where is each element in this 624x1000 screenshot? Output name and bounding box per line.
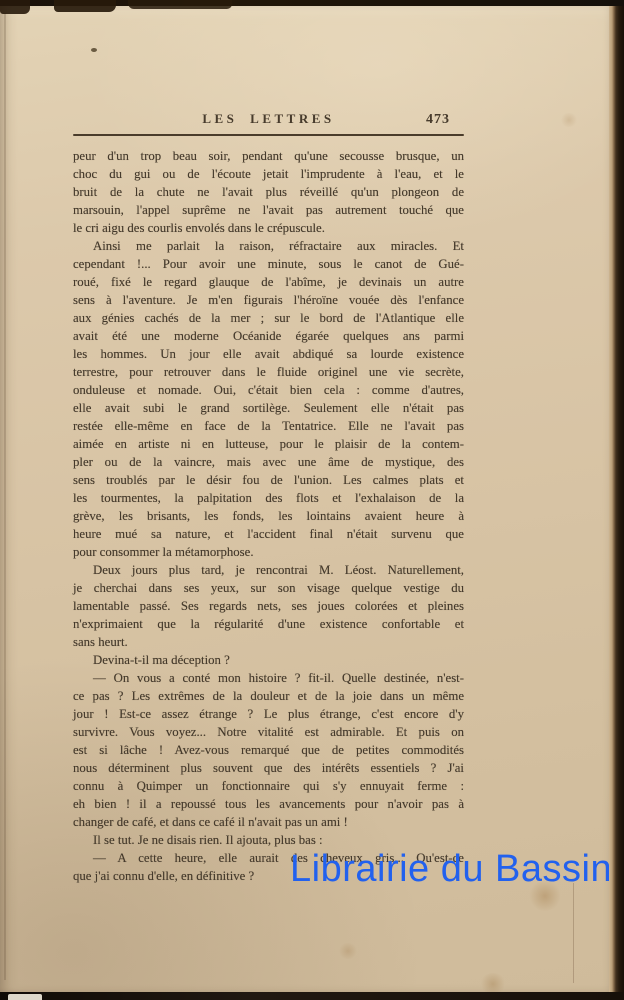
text-column: peur d'un trop beau soir, pendant qu'une… — [73, 147, 464, 885]
text-line: onduleuse et nomade. Oui, c'était bien c… — [73, 381, 464, 399]
page-number: 473 — [426, 112, 450, 128]
text-line: Ainsi me parlait la raison, réfractaire … — [73, 237, 464, 255]
text-line: nous déterminent plus souvent que des in… — [73, 759, 464, 777]
page-crease — [573, 883, 574, 983]
running-head: LES LETTRES 473 — [73, 111, 464, 129]
text-line: roué, fixé le regard glauque de l'abîme,… — [73, 273, 464, 291]
text-line: est si lâche ! Avez-vous remarqué que de… — [73, 741, 464, 759]
text-line: heure mué sa nature, et l'accident final… — [73, 525, 464, 543]
text-line: le cri aigu des courlis envolés dans le … — [73, 219, 464, 237]
text-line: aux génies cachés de la mer ; sur le bor… — [73, 309, 464, 327]
text-line: elle avait subi le grand sortilège. Seul… — [73, 399, 464, 417]
page-curve-shadow — [4, 13, 6, 980]
text-line: changer de café, et dans ce café il n'av… — [73, 813, 464, 831]
text-line: — On vous a conté mon histoire ? fit-il.… — [73, 669, 464, 687]
text-line: cependant !... Pour avoir une minute, so… — [73, 255, 464, 273]
text-line: ce pas ? Les extrêmes de la douleur et d… — [73, 687, 464, 705]
page-stack-edge — [609, 0, 624, 1000]
book-page: LES LETTRES 473 peur d'un trop beau soir… — [0, 5, 611, 992]
foxing-stain — [560, 113, 578, 127]
paragraph: — On vous a conté mon histoire ? fit-il.… — [73, 669, 464, 831]
photo-frame: LES LETTRES 473 peur d'un trop beau soir… — [0, 0, 624, 1000]
paragraph: Il se tut. Je ne disais rien. Il ajouta,… — [73, 831, 464, 849]
header-title: LES LETTRES — [73, 111, 464, 127]
text-line: Il se tut. Je ne disais rien. Il ajouta,… — [73, 831, 464, 849]
text-line: survivre. Vous voyez... Notre vitalité e… — [73, 723, 464, 741]
binding-fragment — [0, 0, 30, 14]
text-line: sens à l'aventure. Je m'en figurais l'hé… — [73, 291, 464, 309]
binding-fragment — [128, 0, 232, 9]
text-line: avait été une moderne Océanide égarée qu… — [73, 327, 464, 345]
text-line: eh bien ! il a repoussé tous les avancem… — [73, 795, 464, 813]
page-content: LES LETTRES 473 peur d'un trop beau soir… — [73, 111, 464, 885]
text-line: sans heurt. — [73, 633, 464, 651]
text-line: je cherchai dans ses yeux, sur son visag… — [73, 579, 464, 597]
text-line: pour consommer la métamorphose. — [73, 543, 464, 561]
binding-fragment — [54, 0, 116, 12]
paragraph: Ainsi me parlait la raison, réfractaire … — [73, 237, 464, 561]
paragraph: Deux jours plus tard, je rencontrai M. L… — [73, 561, 464, 651]
text-line: grève, les brisants, les fonds, les loin… — [73, 507, 464, 525]
text-line: n'exprimaient que la régularité d'une ex… — [73, 615, 464, 633]
text-line: choc du gui ou de l'écoute jetait l'impr… — [73, 165, 464, 183]
text-line: connu à Quimper un fonctionnaire qui s'y… — [73, 777, 464, 795]
paragraph: peur d'un trop beau soir, pendant qu'une… — [73, 147, 464, 237]
text-line: bruit de la chute ne l'avait plus réveil… — [73, 183, 464, 201]
text-line: Deux jours plus tard, je rencontrai M. L… — [73, 561, 464, 579]
paragraph: Devina-t-il ma déception ? — [73, 651, 464, 669]
text-line: aimée en artiste ni en lutteuse, pour le… — [73, 435, 464, 453]
photo-edge-bottom — [0, 992, 624, 1000]
text-line: les hommes. Un jour elle avait abdiqué s… — [73, 345, 464, 363]
text-line: restée elle-même en face de la Tentatric… — [73, 417, 464, 435]
text-line: lamentable passé. Ses regards nets, ses … — [73, 597, 464, 615]
text-line: peur d'un trop beau soir, pendant qu'une… — [73, 147, 464, 165]
bookseller-watermark: Librairie du Bassin — [290, 848, 612, 891]
text-line: sens troublés par le désir fou de l'unio… — [73, 471, 464, 489]
foxing-stain — [338, 943, 358, 959]
text-line: jour ! Est-ce assez étrange ? Le plus ét… — [73, 705, 464, 723]
text-line: Devina-t-il ma déception ? — [73, 651, 464, 669]
text-line: terrestre, pour retrouver dans le fluide… — [73, 363, 464, 381]
photo-edge-notch — [8, 994, 42, 1000]
paper-speck — [91, 48, 97, 52]
text-line: marsouin, l'appel suprême ne l'avait pas… — [73, 201, 464, 219]
text-line: les tourmentes, la palpitation des flots… — [73, 489, 464, 507]
header-rule — [73, 134, 464, 136]
text-line: pler ou de la vaincre, mais avec une âme… — [73, 453, 464, 471]
